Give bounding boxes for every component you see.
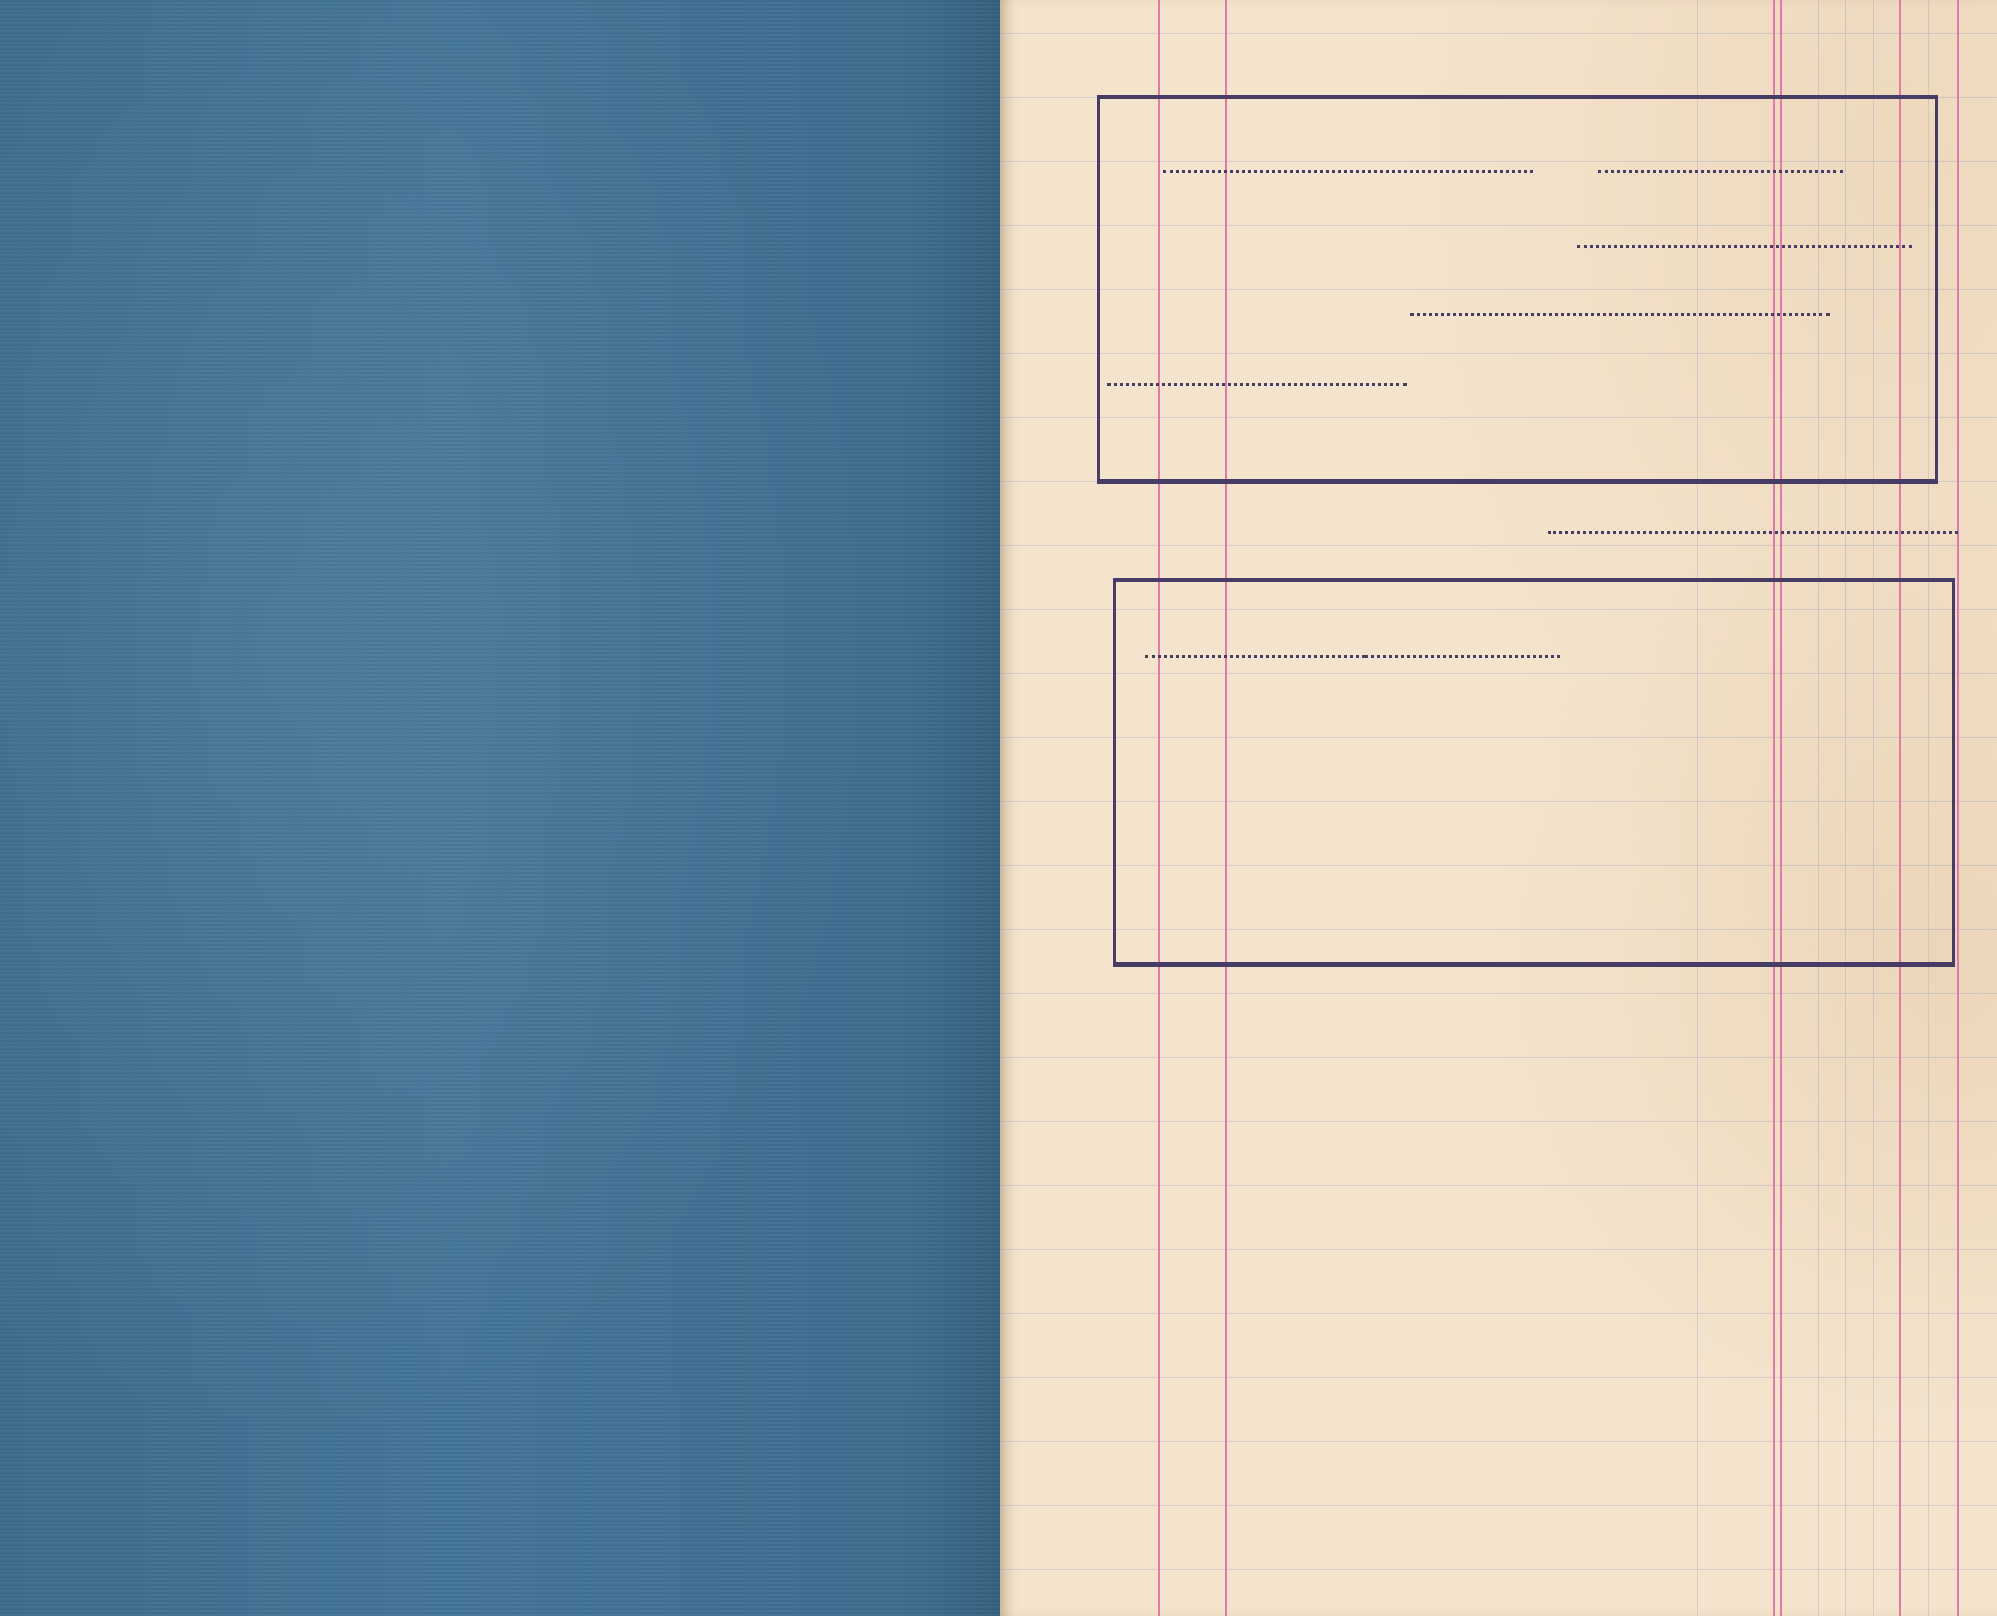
booklet-cover [0, 0, 1000, 1616]
ruled-line [1000, 1057, 1997, 1058]
dotted-line [1107, 383, 1407, 386]
dotted-line [1548, 531, 1958, 534]
ruled-line [1000, 1441, 1997, 1442]
margin-line [1957, 0, 1959, 1616]
dotted-line [1577, 245, 1912, 248]
ruled-line [1000, 1121, 1997, 1122]
dotted-line [1598, 170, 1843, 173]
dotted-line [1410, 313, 1830, 316]
ruled-line [1000, 1377, 1997, 1378]
dotted-line [1163, 170, 1533, 173]
receipt-stamp-border [1113, 578, 1955, 967]
ruled-line [1000, 545, 1997, 546]
ruled-line [1000, 1249, 1997, 1250]
dotted-line [1145, 655, 1365, 658]
ruled-line [1000, 1313, 1997, 1314]
dotted-line [1365, 655, 1560, 658]
ruled-line [1000, 1185, 1997, 1186]
ruled-line [1000, 33, 1997, 34]
receipt-stamp-border [1097, 95, 1938, 484]
ruled-line [1000, 993, 1997, 994]
ruled-line [1000, 1569, 1997, 1570]
ruled-line [1000, 1505, 1997, 1506]
